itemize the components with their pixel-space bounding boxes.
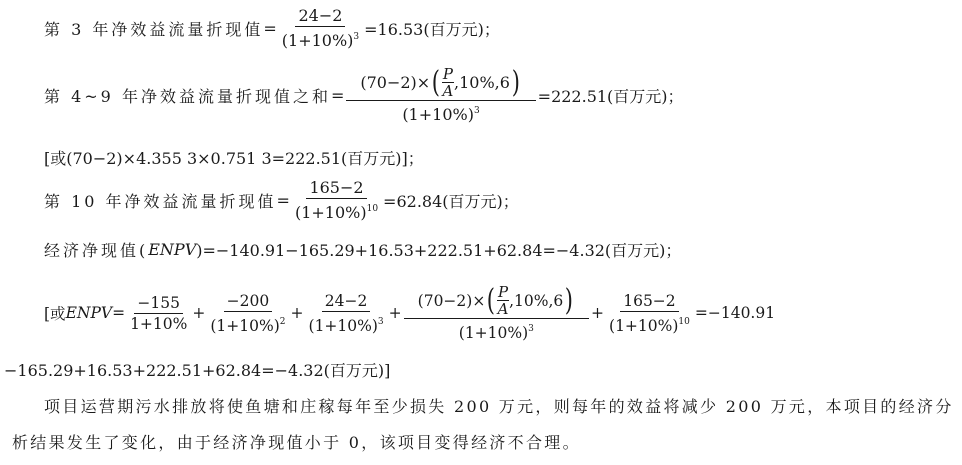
annuity-A: A — [443, 83, 454, 99]
fraction-denominator: 1+10% — [127, 314, 190, 333]
years4-9-discount-line: 第 4~9 年净效益流量折现值之和 = (70−2)× ( PA ,10%,6 … — [44, 62, 684, 128]
year3-fraction: 24−2 (1+10%)3 — [279, 7, 362, 50]
fraction-numerator: (70−2)× ( PA ,10%,6 ) — [404, 284, 589, 319]
denominator-base: (1+10%) — [609, 317, 678, 335]
close-paren: ) — [512, 68, 520, 98]
year3-label: 第 3 年净效益流量折现值 — [44, 17, 263, 40]
exponent: 10 — [367, 204, 378, 214]
year10-label: 第 10 年净效益流量折现值 — [44, 189, 277, 212]
exponent: 3 — [353, 32, 359, 42]
denominator-base: (1+10%) — [459, 324, 528, 342]
annuity-P: P — [497, 284, 509, 301]
year10-discount-line: 第 10 年净效益流量折现值 = 165−2 (1+10%)10 =62.84(… — [44, 178, 519, 222]
fraction-numerator: (70−2)× ( PA ,10%,6 ) — [346, 66, 535, 101]
conclusion-text: 项目运营期污水排放将使鱼塘和庄稼每年至少损失 200 万元，则每年的效益将减少 … — [12, 397, 954, 452]
alt-prefix: [或 — [44, 302, 66, 324]
exponent: 2 — [280, 317, 286, 327]
years4-9-fraction: (70−2)× ( PA ,10%,6 ) (1+10%)3 — [346, 66, 535, 124]
open-paren: ( — [432, 68, 440, 98]
enpv-abbr: ENPV — [148, 240, 196, 259]
fraction-numerator: 165−2 — [620, 292, 678, 312]
plus: + — [291, 304, 304, 322]
fraction-numerator: 24−2 — [322, 292, 371, 312]
fraction-denominator: (1+10%)3 — [445, 319, 548, 342]
denominator-base: (1+10%) — [282, 31, 354, 50]
fraction-denominator: (1+10%)10 — [606, 312, 693, 335]
plus: + — [591, 304, 604, 322]
equals: = — [263, 19, 276, 38]
annuity-factor-fraction: PA — [497, 284, 509, 317]
conclusion-paragraph: 项目运营期污水排放将使鱼塘和庄稼每年至少损失 200 万元，则每年的效益将减少 … — [12, 389, 957, 461]
enpv-label: 经济净现值( — [44, 238, 148, 261]
annuity-factor-fraction: PA — [442, 66, 454, 99]
alt-calc-text: [或(70−2)×4.355 3×0.751 3=222.51(百万元)]； — [44, 146, 424, 169]
enpv-abbr: ENPV — [66, 304, 113, 322]
term1-fraction: −155 1+10% — [127, 294, 190, 333]
exponent: 10 — [678, 317, 689, 327]
enpv-expression: )=−140.91−165.29+16.53+222.51+62.84=−4.3… — [196, 238, 681, 261]
fraction-denominator: (1+10%)10 — [292, 199, 381, 222]
term4-fraction: (70−2)× ( PA ,10%,6 ) (1+10%)3 — [404, 284, 589, 342]
fraction-numerator: −155 — [134, 294, 183, 314]
exponent: 3 — [378, 317, 384, 327]
years4-9-result: =222.51(百万元)； — [538, 84, 684, 107]
fraction-denominator: (1+10%)3 — [388, 101, 493, 124]
denominator-base: (1+10%) — [402, 105, 474, 124]
year3-discount-line: 第 3 年净效益流量折现值 = 24−2 (1+10%)3 =16.53(百万元… — [44, 6, 500, 50]
plus: + — [389, 304, 402, 322]
exponent: 3 — [474, 106, 480, 116]
close-paren: ) — [565, 286, 573, 316]
alt-result-partial: =−140.91 — [695, 304, 775, 322]
term3-fraction: 24−2 (1+10%)3 — [306, 292, 387, 335]
annuity-A: A — [498, 301, 509, 317]
year10-fraction: 165−2 (1+10%)10 — [292, 179, 381, 222]
equals: = — [277, 191, 290, 210]
equals: = — [112, 304, 125, 322]
numerator-prefix: (70−2)× — [360, 68, 430, 98]
fraction-numerator: −200 — [224, 292, 273, 312]
denominator-base: (1+10%) — [309, 317, 378, 335]
fraction-denominator: (1+10%)3 — [279, 27, 362, 50]
term2-fraction: −200 (1+10%)2 — [207, 292, 288, 335]
fraction-numerator: 165−2 — [306, 179, 366, 199]
fraction-numerator: 24−2 — [295, 7, 345, 27]
year3-result: =16.53(百万元)； — [364, 17, 500, 40]
alt-continuation-text: −165.29+16.53+222.51+62.84=−4.32(百万元)] — [4, 358, 390, 381]
term5-fraction: 165−2 (1+10%)10 — [606, 292, 693, 335]
fraction-denominator: (1+10%)2 — [207, 312, 288, 335]
numerator-prefix: (70−2)× — [418, 286, 486, 316]
annuity-params: ,10%,6 — [454, 68, 510, 98]
fraction-denominator: (1+10%)3 — [306, 312, 387, 335]
alt-calc-line: [或(70−2)×4.355 3×0.751 3=222.51(百万元)]； — [44, 142, 424, 172]
denominator-base: (1+10%) — [210, 317, 279, 335]
plus: + — [192, 304, 205, 322]
years4-9-label: 第 4~9 年净效益流量折现值之和 — [44, 84, 331, 107]
equals: = — [331, 86, 344, 105]
denominator-base: (1+10%) — [295, 203, 367, 222]
enpv-alt-continuation-line: −165.29+16.53+222.51+62.84=−4.32(百万元)] — [4, 354, 390, 384]
year10-result: =62.84(百万元)； — [383, 189, 519, 212]
enpv-alt-formula-line: [或 ENPV = −155 1+10% + −200 (1+10%)2 + 2… — [44, 280, 775, 346]
exponent: 3 — [528, 324, 534, 334]
open-paren: ( — [487, 286, 495, 316]
annuity-P: P — [442, 66, 454, 83]
enpv-line: 经济净现值( ENPV )=−140.91−165.29+16.53+222.5… — [44, 234, 681, 264]
annuity-params: ,10%,6 — [509, 286, 563, 316]
